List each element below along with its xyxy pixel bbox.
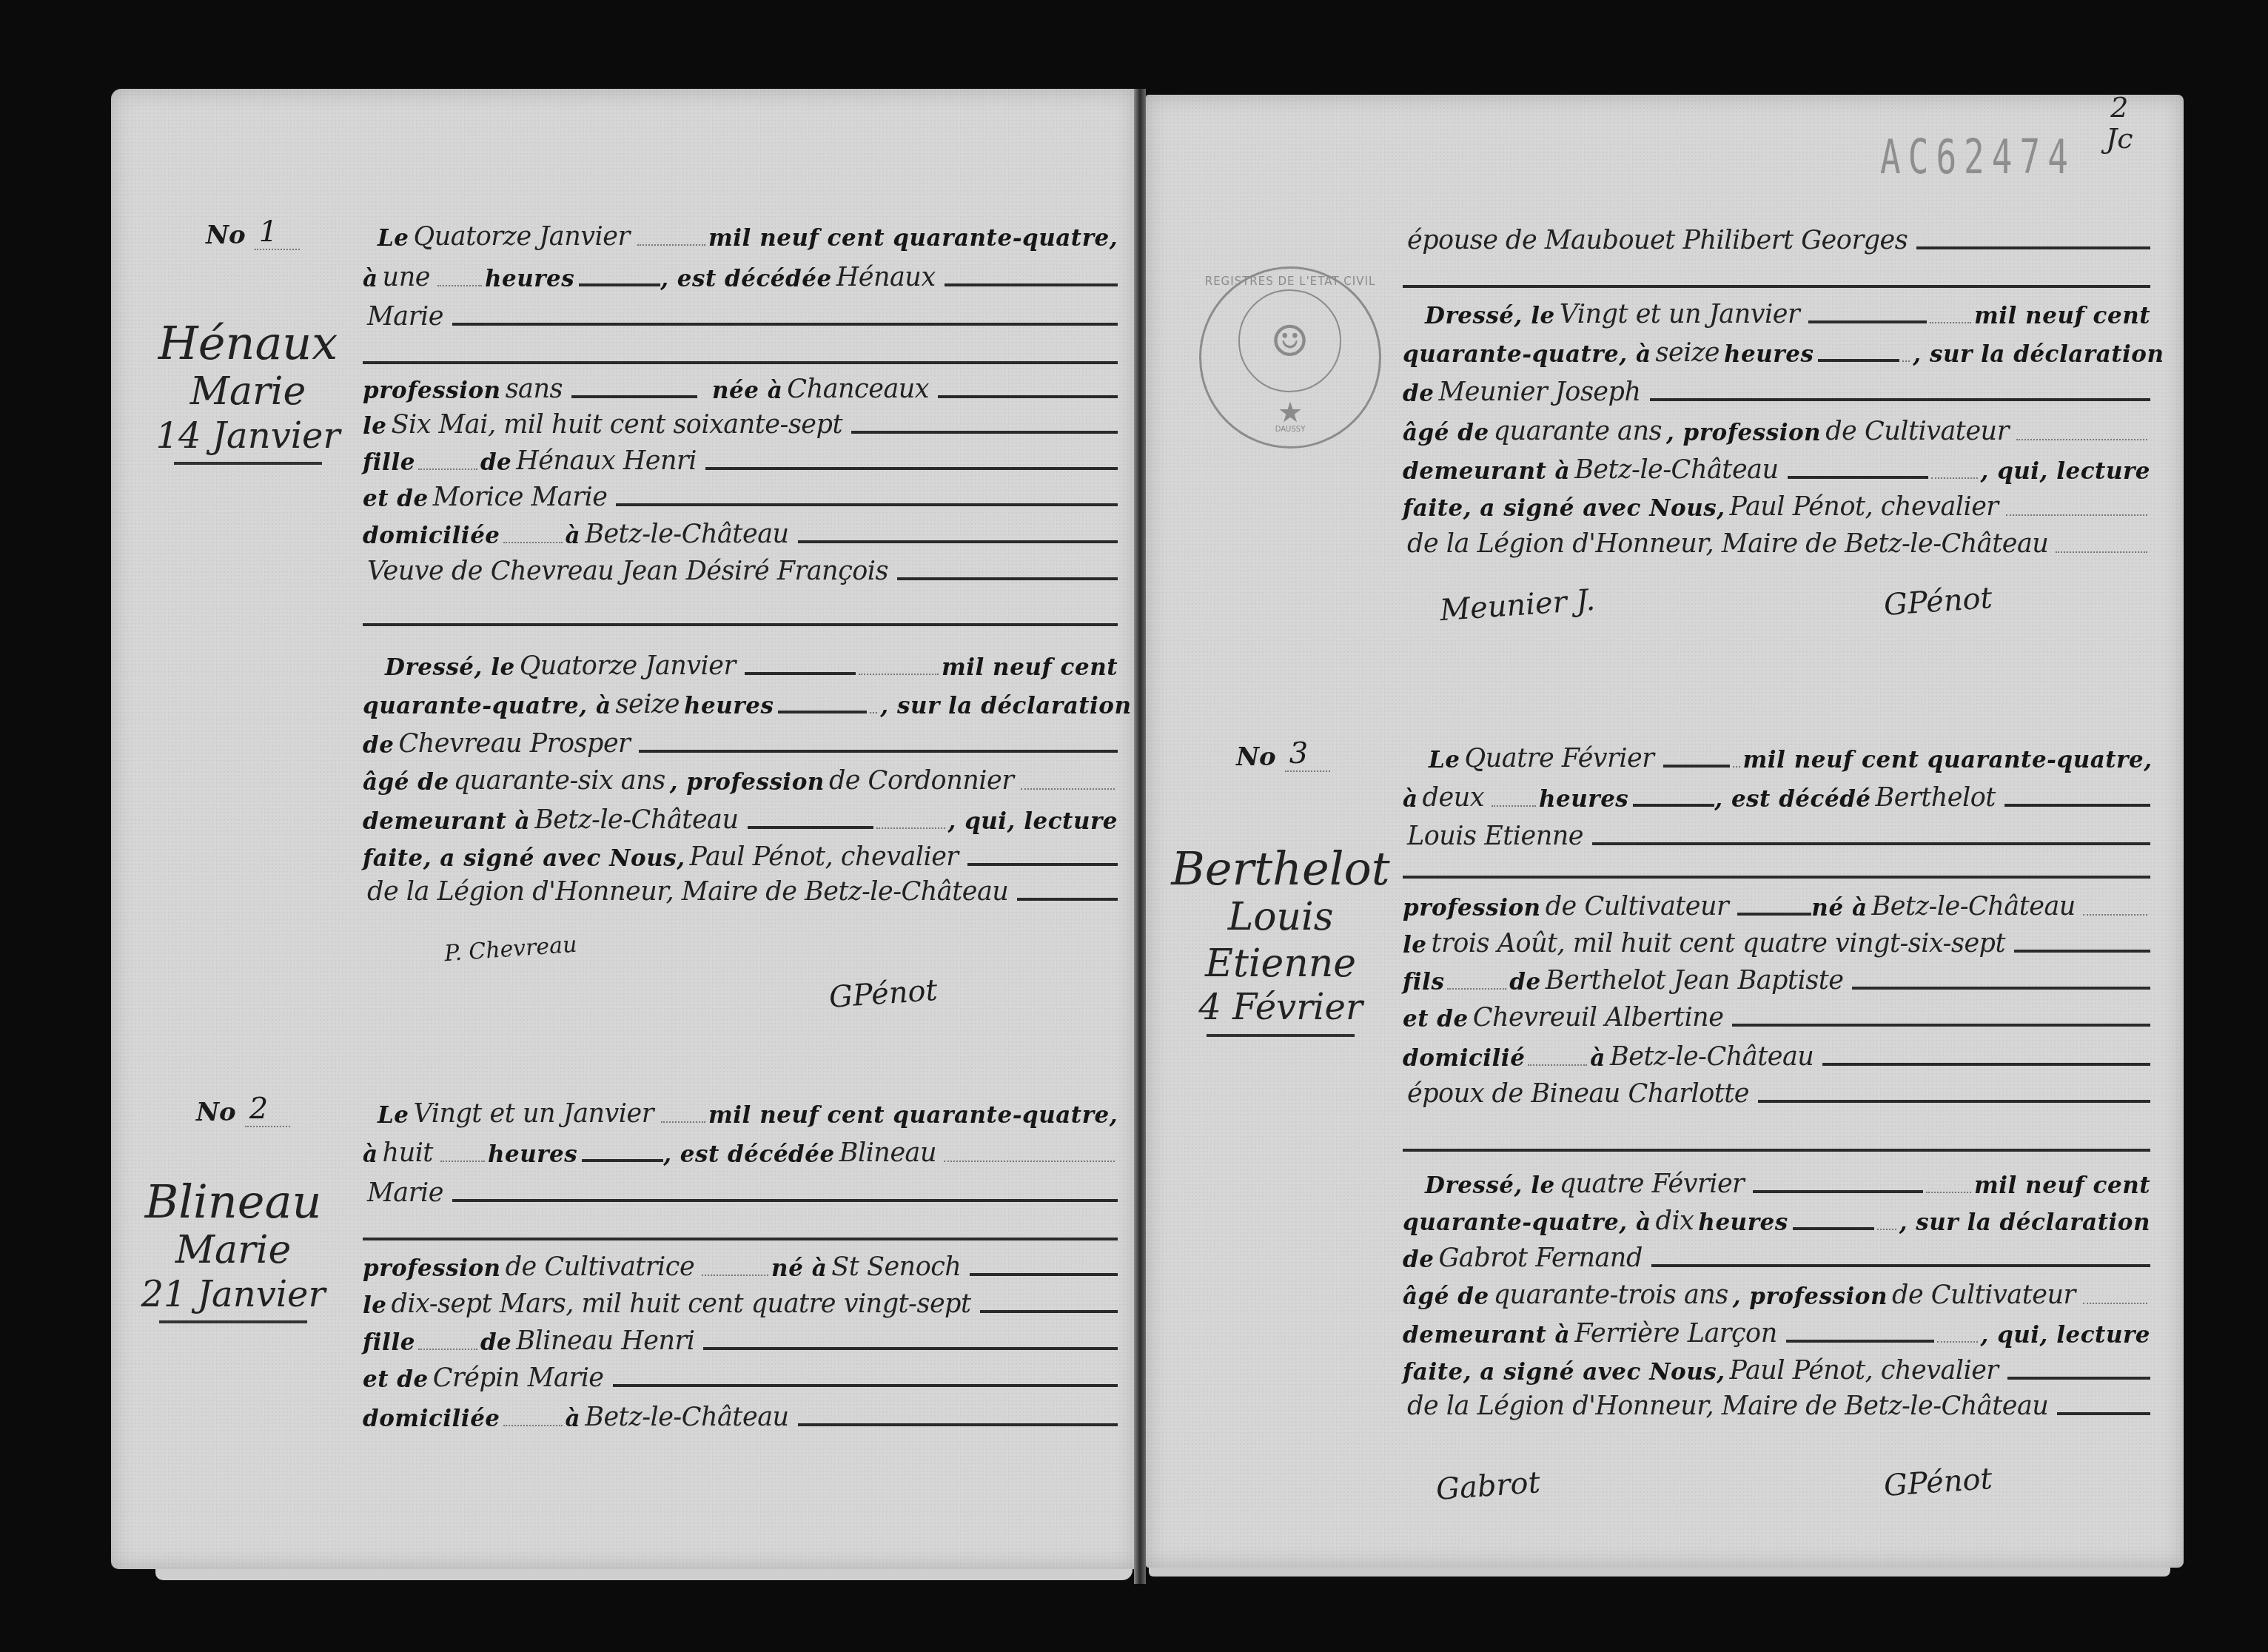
declarant-profession: de Cultivateur bbox=[1825, 417, 2009, 446]
label: le bbox=[363, 413, 387, 440]
entry-1-line-birth: le Six Mai, mil huit cent soixante-sept bbox=[363, 403, 1118, 440]
folio-initials: Jc bbox=[2106, 122, 2133, 155]
mother: Crépin Marie bbox=[433, 1363, 604, 1393]
fill-rule bbox=[1017, 898, 1118, 901]
declarant-profession: de Cultivateur bbox=[1892, 1280, 2076, 1310]
dotted-leader bbox=[1492, 805, 1536, 807]
fill-rule bbox=[1786, 1340, 1934, 1343]
dotted-leader bbox=[1902, 360, 1910, 362]
deceased-surname: Berthelot bbox=[1876, 783, 1996, 813]
margin-date: 4 Février bbox=[1162, 987, 1399, 1030]
entry-1-line-marital: Veuve de Chevreau Jean Désiré François bbox=[363, 549, 1118, 586]
dotted-leader bbox=[1926, 1192, 1971, 1193]
label: , qui, lecture bbox=[1981, 458, 2150, 485]
fill-rule bbox=[1852, 987, 2150, 990]
entry-1-dresse-hour: quarante-quatre, à seize heures , sur la… bbox=[363, 682, 1118, 719]
father: Berthelot Jean Baptiste bbox=[1546, 966, 1844, 995]
fill-rule bbox=[1758, 1100, 2150, 1103]
declarant-residence: Betz-le-Château bbox=[534, 805, 738, 835]
label: Le bbox=[378, 1102, 409, 1129]
mayor: Paul Pénot, chevalier bbox=[689, 842, 958, 872]
declarant-residence: Betz-le-Château bbox=[1574, 455, 1778, 485]
death-date: Quatorze Janvier bbox=[414, 222, 630, 252]
entry-3-dresse-date: Dressé, le quatre Février mil neuf cent bbox=[1425, 1162, 2150, 1199]
dotted-leader bbox=[876, 827, 945, 829]
dotted-leader bbox=[859, 674, 939, 675]
mayor-title: de la Légion d'Honneur, Maire de Betz-le… bbox=[1407, 1391, 2048, 1421]
label: âgé de bbox=[1403, 1283, 1489, 1310]
entry-3-dresse-hour: quarante-quatre, à dix heures , sur la d… bbox=[1403, 1199, 2150, 1236]
entry-2-line-father: fille de Blineau Henri bbox=[363, 1319, 1118, 1356]
fill-rule bbox=[1592, 842, 2150, 845]
label: mil neuf cent bbox=[1974, 1172, 2150, 1199]
label: mil neuf cent bbox=[942, 654, 1118, 681]
declarant-age: quarante-six ans bbox=[454, 766, 665, 796]
dotted-leader bbox=[1930, 322, 1971, 323]
fill-rule bbox=[2004, 804, 2150, 807]
dotted-leader bbox=[440, 1161, 485, 1162]
entry-1-line-date: Le Quatorze Janvier mil neuf cent quaran… bbox=[378, 215, 1118, 252]
entry-2-declarant-age: âgé de quarante ans , profession de Cult… bbox=[1403, 409, 2150, 446]
entry-1-line-mother: et de Morice Marie bbox=[363, 475, 1118, 512]
deceased-given: Marie bbox=[367, 1178, 443, 1208]
label: domiciliée bbox=[363, 523, 500, 549]
death-date: Vingt et un Janvier bbox=[414, 1099, 654, 1129]
stamp-maker: DAUSSY bbox=[1201, 426, 1379, 434]
label: faite, a signé avec Nous, bbox=[1403, 1359, 1725, 1386]
label: née à bbox=[712, 377, 782, 404]
label: , est décédée bbox=[660, 266, 832, 292]
star-icon: ★ bbox=[1278, 396, 1303, 429]
label: Dressé, le bbox=[385, 654, 515, 681]
entry-3-mayor: faite, a signé avec Nous, Paul Pénot, ch… bbox=[1403, 1349, 2150, 1386]
mayor-title: de la Légion d'Honneur, Maire de Betz-le… bbox=[367, 877, 1008, 907]
entry-3-declarant-residence: demeurant à Ferrière Larçon , qui, lectu… bbox=[1403, 1312, 2150, 1349]
entry-2-line-marital: épouse de Maubouet Philibert Georges bbox=[1403, 218, 2150, 255]
fill-rule bbox=[798, 1423, 1118, 1426]
label: , qui, lecture bbox=[948, 808, 1118, 835]
entry-1-line-father: fille de Hénaux Henri bbox=[363, 439, 1118, 476]
fill-rule bbox=[1663, 765, 1730, 768]
label: quarante-quatre, à bbox=[1403, 341, 1651, 368]
fill-rule bbox=[1651, 1264, 2150, 1267]
dotted-leader bbox=[2006, 514, 2147, 516]
label: de bbox=[1403, 1246, 1434, 1273]
entry-2-mayor: faite, a signé avec Nous, Paul Pénot, ch… bbox=[1403, 485, 2150, 522]
margin-surname: Hénaux bbox=[141, 318, 355, 369]
label: heures bbox=[488, 1141, 577, 1168]
declarant: Meunier Joseph bbox=[1438, 377, 1640, 407]
entry-3-line-date: Le Quatre Février mil neuf cent quarante… bbox=[1429, 736, 2150, 773]
label: , est décédé bbox=[1714, 786, 1871, 813]
fill-rule bbox=[703, 1347, 1118, 1350]
death-hour: deux bbox=[1423, 783, 1484, 813]
entry-1-declarant: de Chevreau Prosper bbox=[363, 722, 1118, 759]
drawn-up-date: Quatorze Janvier bbox=[520, 651, 736, 681]
label: de bbox=[1509, 969, 1540, 995]
label: quarante-quatre, à bbox=[1403, 1209, 1651, 1236]
fill-rule bbox=[579, 283, 660, 286]
label: domicilié bbox=[1403, 1045, 1525, 1072]
label: heures bbox=[485, 266, 574, 292]
dotted-leader bbox=[1447, 988, 1506, 990]
label: né à bbox=[1811, 895, 1867, 921]
margin-underline bbox=[1207, 1034, 1355, 1037]
margin-given: Marie bbox=[118, 1227, 348, 1273]
label: heures bbox=[684, 693, 774, 719]
entry-1-declarant-residence: demeurant à Betz-le-Château , qui, lectu… bbox=[363, 798, 1118, 835]
drawn-up-hour: seize bbox=[1656, 338, 1720, 368]
mayor: Paul Pénot, chevalier bbox=[1729, 492, 1998, 522]
dotted-leader bbox=[702, 1275, 768, 1276]
label: profession bbox=[363, 377, 501, 404]
number-label: No bbox=[1236, 742, 1276, 772]
deceased-surname: Blineau bbox=[839, 1138, 936, 1168]
folio-mark: 2 Jc bbox=[2106, 93, 2133, 155]
fill-rule bbox=[1916, 246, 2150, 249]
fill-rule bbox=[2057, 1412, 2150, 1415]
fill-rule bbox=[2014, 950, 2150, 953]
fill-rule bbox=[613, 1384, 1118, 1387]
profession: de Cultivateur bbox=[1546, 892, 1729, 921]
fill-rule bbox=[1650, 398, 2150, 401]
entry-1-mayor-title: de la Légion d'Honneur, Maire de Betz-le… bbox=[363, 870, 1118, 907]
drawn-up-hour: dix bbox=[1656, 1206, 1694, 1236]
label: né à bbox=[771, 1255, 827, 1282]
margin-annotation-entry-2: Blineau Marie 21 Janvier bbox=[118, 1177, 348, 1323]
margin-date: 14 Janvier bbox=[141, 415, 355, 458]
entry-3-mayor-title: de la Légion d'Honneur, Maire de Betz-le… bbox=[1403, 1384, 2150, 1421]
label: faite, a signé avec Nous, bbox=[1403, 495, 1725, 522]
dotted-leader bbox=[503, 1425, 563, 1426]
declarant-profession: de Cordonnier bbox=[829, 766, 1014, 796]
label: demeurant à bbox=[1403, 1322, 1570, 1349]
entry-2-mayor-title: de la Légion d'Honneur, Maire de Betz-le… bbox=[1403, 522, 2150, 559]
fill-rule bbox=[1808, 320, 1927, 323]
entry-2-dresse-date: Dressé, le Vingt et un Janvier mil neuf … bbox=[1425, 292, 2150, 329]
birth-date: Six Mai, mil huit cent soixante-sept bbox=[392, 410, 843, 440]
label: mil neuf cent bbox=[1974, 303, 2150, 329]
folio-number: 2 bbox=[2110, 91, 2128, 124]
dotted-leader bbox=[944, 1161, 1115, 1162]
entry-1-dresse-date: Dressé, le Quatorze Janvier mil neuf cen… bbox=[385, 644, 1118, 681]
label: heures bbox=[1698, 1209, 1788, 1236]
dotted-leader bbox=[1931, 477, 1978, 479]
entry-2-line-date: Le Vingt et un Janvier mil neuf cent qua… bbox=[378, 1092, 1118, 1129]
margin-underline bbox=[174, 462, 322, 465]
death-date: Quatre Février bbox=[1465, 744, 1654, 773]
entry-1-line-given: Marie bbox=[363, 295, 1118, 332]
entry-number: No 1 bbox=[206, 215, 300, 250]
deceased-given: Marie bbox=[367, 302, 443, 332]
fill-rule bbox=[1822, 1063, 2150, 1066]
label: à bbox=[363, 1141, 378, 1168]
entry-1-line-hour: à une heures , est décédée Hénaux bbox=[363, 255, 1118, 292]
label: profession bbox=[363, 1255, 501, 1282]
drawn-up-date: quatre Février bbox=[1560, 1169, 1745, 1199]
fill-rule bbox=[851, 431, 1118, 434]
entry-1-line-domicile: domiciliée à Betz-le-Château bbox=[363, 512, 1118, 549]
declarant: Gabrot Fernand bbox=[1438, 1243, 1642, 1273]
marianne-icon: ☺ bbox=[1238, 289, 1341, 392]
label: faite, a signé avec Nous, bbox=[363, 845, 685, 872]
label: de bbox=[480, 449, 511, 476]
dotted-leader bbox=[2083, 914, 2147, 916]
label: demeurant à bbox=[1403, 458, 1570, 485]
entry-2-declarant-residence: demeurant à Betz-le-Château , qui, lectu… bbox=[1403, 448, 2150, 485]
domicile: Betz-le-Château bbox=[585, 520, 788, 549]
fill-rule bbox=[1737, 913, 1811, 916]
dotted-leader bbox=[1877, 1229, 1896, 1230]
fill-rule bbox=[582, 1159, 663, 1162]
label: fils bbox=[1403, 969, 1444, 995]
fill-rule bbox=[897, 577, 1118, 580]
fill-rule bbox=[1753, 1190, 1923, 1193]
label: le bbox=[363, 1292, 387, 1319]
fill-rule bbox=[1818, 359, 1899, 362]
archive-stamp-code: AC62474 bbox=[1880, 129, 2076, 185]
label: de bbox=[480, 1329, 511, 1356]
deceased-surname: Hénaux bbox=[836, 263, 936, 292]
label: mil neuf cent quarante-quatre, bbox=[708, 1102, 1118, 1129]
fill-rule bbox=[616, 503, 1118, 506]
birth-date: trois Août, mil huit cent quatre vingt-s… bbox=[1432, 929, 2006, 958]
fill-rule bbox=[945, 283, 1118, 286]
fill-rule bbox=[798, 540, 1118, 543]
dotted-leader bbox=[2056, 551, 2147, 553]
entry-2-line-birth: le dix-sept Mars, mil huit cent quatre v… bbox=[363, 1282, 1118, 1319]
fill-rule bbox=[1793, 1227, 1874, 1230]
label: mil neuf cent quarante-quatre, bbox=[708, 225, 1118, 252]
entry-1-declarant-age: âgé de quarante-six ans , profession de … bbox=[363, 759, 1118, 796]
domicile: Betz-le-Château bbox=[1610, 1042, 1814, 1072]
label: , profession bbox=[1733, 1283, 1888, 1310]
label: Dressé, le bbox=[1425, 1172, 1555, 1199]
dotted-leader bbox=[503, 542, 563, 543]
label: le bbox=[1403, 932, 1427, 958]
entry-2-line-given: Marie bbox=[363, 1171, 1118, 1208]
label: et de bbox=[363, 1366, 429, 1393]
label: , sur la déclaration bbox=[1899, 1209, 2150, 1236]
label: , sur la déclaration bbox=[880, 693, 1131, 719]
entry-2-dresse-hour: quarante-quatre, à seize heures , sur la… bbox=[1403, 331, 2150, 368]
dotted-leader bbox=[1733, 766, 1740, 768]
blank-rule bbox=[1403, 285, 2150, 288]
drawn-up-hour: seize bbox=[616, 690, 680, 719]
marital-status: épouse de Maubouet Philibert Georges bbox=[1407, 226, 1908, 255]
blank-rule bbox=[363, 623, 1118, 626]
margin-annotation-entry-1: Hénaux Marie 14 Janvier bbox=[141, 318, 355, 465]
label: , profession bbox=[1666, 420, 1821, 446]
death-hour: une bbox=[383, 263, 430, 292]
blank-rule bbox=[363, 1238, 1118, 1240]
dotted-leader bbox=[418, 469, 477, 470]
fill-rule bbox=[452, 1199, 1118, 1202]
entry-2-line-profession: profession de Cultivatrice né à St Senoc… bbox=[363, 1245, 1118, 1282]
fill-rule bbox=[2007, 1377, 2150, 1380]
fill-rule bbox=[1788, 476, 1928, 479]
dotted-leader bbox=[637, 244, 705, 246]
number-label: No bbox=[196, 1098, 236, 1127]
fill-rule bbox=[571, 395, 697, 398]
dotted-leader bbox=[437, 285, 482, 286]
entry-1-mayor: faite, a signé avec Nous, Paul Pénot, ch… bbox=[363, 835, 1118, 872]
dotted-leader bbox=[2016, 439, 2147, 440]
label: , sur la déclaration bbox=[1913, 341, 2164, 368]
label: , profession bbox=[670, 769, 825, 796]
label: fille bbox=[363, 1329, 415, 1356]
mother: Chevreuil Albertine bbox=[1473, 1003, 1724, 1032]
profession: sans bbox=[506, 375, 563, 404]
label: à bbox=[363, 266, 378, 292]
fill-rule bbox=[1633, 804, 1714, 807]
fill-rule bbox=[1732, 1024, 2150, 1027]
entry-3-line-given: Louis Etienne bbox=[1403, 814, 2150, 851]
label: âgé de bbox=[1403, 420, 1489, 446]
label: fille bbox=[363, 449, 415, 476]
label: à bbox=[566, 1406, 581, 1432]
dotted-leader bbox=[661, 1121, 705, 1123]
deceased-given: Louis Etienne bbox=[1407, 822, 1583, 851]
number-value: 2 bbox=[245, 1092, 290, 1127]
fill-rule bbox=[970, 1273, 1118, 1276]
entry-3-line-father: fils de Berthelot Jean Baptiste bbox=[1403, 958, 2150, 995]
blank-rule bbox=[1403, 1149, 2150, 1152]
margin-surname: Berthelot bbox=[1162, 844, 1399, 894]
entry-3-line-domicile: domicilié à Betz-le-Château bbox=[1403, 1035, 2150, 1072]
entry-3-declarant: de Gabrot Fernand bbox=[1403, 1236, 2150, 1273]
mother: Morice Marie bbox=[433, 483, 608, 512]
label: mil neuf cent quarante-quatre, bbox=[1743, 747, 2153, 773]
label: Le bbox=[378, 225, 409, 252]
label: heures bbox=[1539, 786, 1628, 813]
margin-given: Louis Etienne bbox=[1162, 894, 1399, 987]
entry-3-line-birth: le trois Août, mil huit cent quatre ving… bbox=[1403, 921, 2150, 958]
fill-rule bbox=[639, 750, 1118, 753]
dotted-leader bbox=[1021, 788, 1115, 790]
label: à bbox=[566, 523, 581, 549]
label: , qui, lecture bbox=[1981, 1322, 2150, 1349]
fill-rule bbox=[967, 863, 1118, 866]
fill-rule bbox=[745, 672, 856, 675]
profession: de Cultivatrice bbox=[506, 1252, 694, 1282]
entry-2-declarant: de Meunier Joseph bbox=[1403, 370, 2150, 407]
marital-status: époux de Bineau Charlotte bbox=[1407, 1079, 1749, 1109]
marital-status: Veuve de Chevreau Jean Désiré François bbox=[367, 557, 888, 586]
margin-surname: Blineau bbox=[118, 1177, 348, 1227]
number-value: 1 bbox=[255, 215, 300, 250]
margin-annotation-entry-3: Berthelot Louis Etienne 4 Février bbox=[1162, 844, 1399, 1037]
declarant-signature: Gabrot bbox=[1435, 1465, 1542, 1507]
death-hour: huit bbox=[383, 1138, 433, 1168]
entry-3-line-mother: et de Chevreuil Albertine bbox=[1403, 995, 2150, 1032]
label: et de bbox=[363, 486, 429, 512]
label: à bbox=[1590, 1045, 1606, 1072]
mayor: Paul Pénot, chevalier bbox=[1729, 1356, 1998, 1386]
dotted-leader bbox=[2083, 1303, 2147, 1304]
margin-given: Marie bbox=[141, 369, 355, 414]
stamp-legend: REGISTRES DE L'ETAT CIVIL bbox=[1201, 275, 1379, 288]
civil-registry-stamp: REGISTRES DE L'ETAT CIVIL ☺ ★ DAUSSY bbox=[1199, 266, 1381, 449]
label: , est décédée bbox=[663, 1141, 835, 1168]
declarant-age: quarante ans bbox=[1494, 417, 1662, 446]
label: à bbox=[1403, 786, 1418, 813]
fill-rule bbox=[452, 323, 1118, 326]
fill-rule bbox=[778, 711, 867, 713]
entry-3-line-hour: à deux heures , est décédé Berthelot bbox=[1403, 776, 2150, 813]
label: de bbox=[1403, 380, 1434, 407]
label: domiciliée bbox=[363, 1406, 500, 1432]
label: profession bbox=[1403, 895, 1541, 921]
number-value: 3 bbox=[1285, 736, 1330, 772]
fill-rule bbox=[980, 1310, 1118, 1313]
blank-rule bbox=[1403, 876, 2150, 879]
father: Blineau Henri bbox=[516, 1326, 694, 1356]
birthplace: Chanceaux bbox=[787, 375, 929, 404]
entry-3-line-profession: profession de Cultivateur né à Betz-le-C… bbox=[1403, 884, 2150, 921]
entry-number: No 2 bbox=[196, 1092, 290, 1127]
book-spine bbox=[1134, 89, 1146, 1584]
entry-2-line-domicile: domiciliée à Betz-le-Château bbox=[363, 1395, 1118, 1432]
declarant: Chevreau Prosper bbox=[398, 729, 630, 759]
entry-3-declarant-age: âgé de quarante-trois ans , profession d… bbox=[1403, 1273, 2150, 1310]
dotted-leader bbox=[418, 1349, 477, 1350]
birth-date: dix-sept Mars, mil huit cent quatre ving… bbox=[392, 1289, 971, 1319]
dotted-leader bbox=[1937, 1341, 1978, 1343]
label: de bbox=[363, 732, 394, 759]
entry-number: No 3 bbox=[1236, 736, 1330, 772]
mayor-title: de la Légion d'Honneur, Maire de Betz-le… bbox=[1407, 529, 2048, 559]
birthplace: St Senoch bbox=[831, 1252, 961, 1282]
label: Le bbox=[1429, 747, 1460, 773]
margin-date: 21 Janvier bbox=[118, 1274, 348, 1317]
birthplace: Betz-le-Château bbox=[1872, 892, 2076, 921]
entry-1-line-profession: profession sans née à Chanceaux bbox=[363, 367, 1118, 404]
dotted-leader bbox=[1528, 1064, 1587, 1066]
label: Dressé, le bbox=[1425, 303, 1555, 329]
label: heures bbox=[1724, 341, 1814, 368]
father: Hénaux Henri bbox=[516, 446, 697, 476]
entry-2-line-hour: à huit heures , est décédée Blineau bbox=[363, 1131, 1118, 1168]
label: et de bbox=[1403, 1006, 1469, 1032]
entry-3-line-marital: époux de Bineau Charlotte bbox=[1403, 1072, 2150, 1109]
number-label: No bbox=[206, 221, 246, 250]
drawn-up-date: Vingt et un Janvier bbox=[1560, 300, 1799, 329]
label: demeurant à bbox=[363, 808, 530, 835]
domicile: Betz-le-Château bbox=[585, 1403, 788, 1432]
entry-2-line-mother: et de Crépin Marie bbox=[363, 1356, 1118, 1393]
declarant-age: quarante-trois ans bbox=[1494, 1280, 1728, 1310]
fill-rule bbox=[938, 395, 1118, 398]
fill-rule bbox=[748, 826, 873, 829]
label: quarante-quatre, à bbox=[363, 693, 611, 719]
label: âgé de bbox=[363, 769, 449, 796]
dotted-leader bbox=[870, 712, 877, 713]
blank-rule bbox=[363, 361, 1118, 364]
declarant-residence: Ferrière Larçon bbox=[1574, 1319, 1777, 1349]
fill-rule bbox=[705, 467, 1118, 470]
margin-underline bbox=[159, 1320, 307, 1323]
